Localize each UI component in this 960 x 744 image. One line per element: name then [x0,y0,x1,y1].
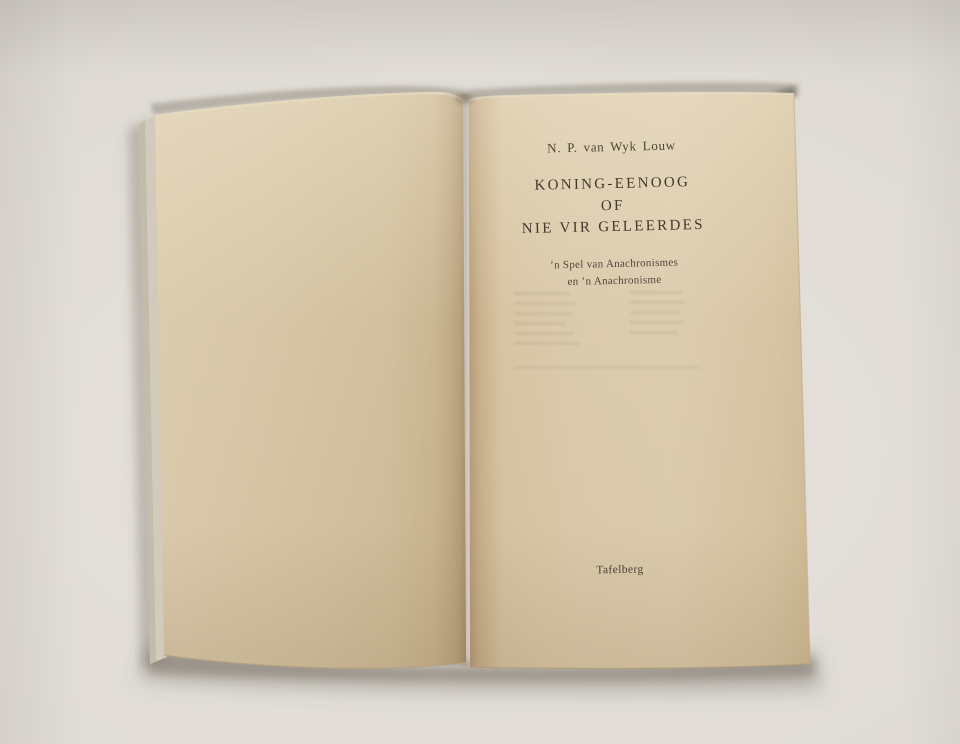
photo-of-open-book: N. P. van Wyk Louw KONING-EENOOG OF NIE … [0,0,960,744]
publisher-imprint: Tafelberg [558,563,682,577]
gutter-top-shadow [455,94,473,104]
book-title-line-3: NIE VIR GELEERDES [486,214,740,241]
left-page [155,93,466,668]
title-page-text: N. P. van Wyk Louw KONING-EENOOG OF NIE … [484,136,741,292]
open-book-illustration [0,0,960,744]
